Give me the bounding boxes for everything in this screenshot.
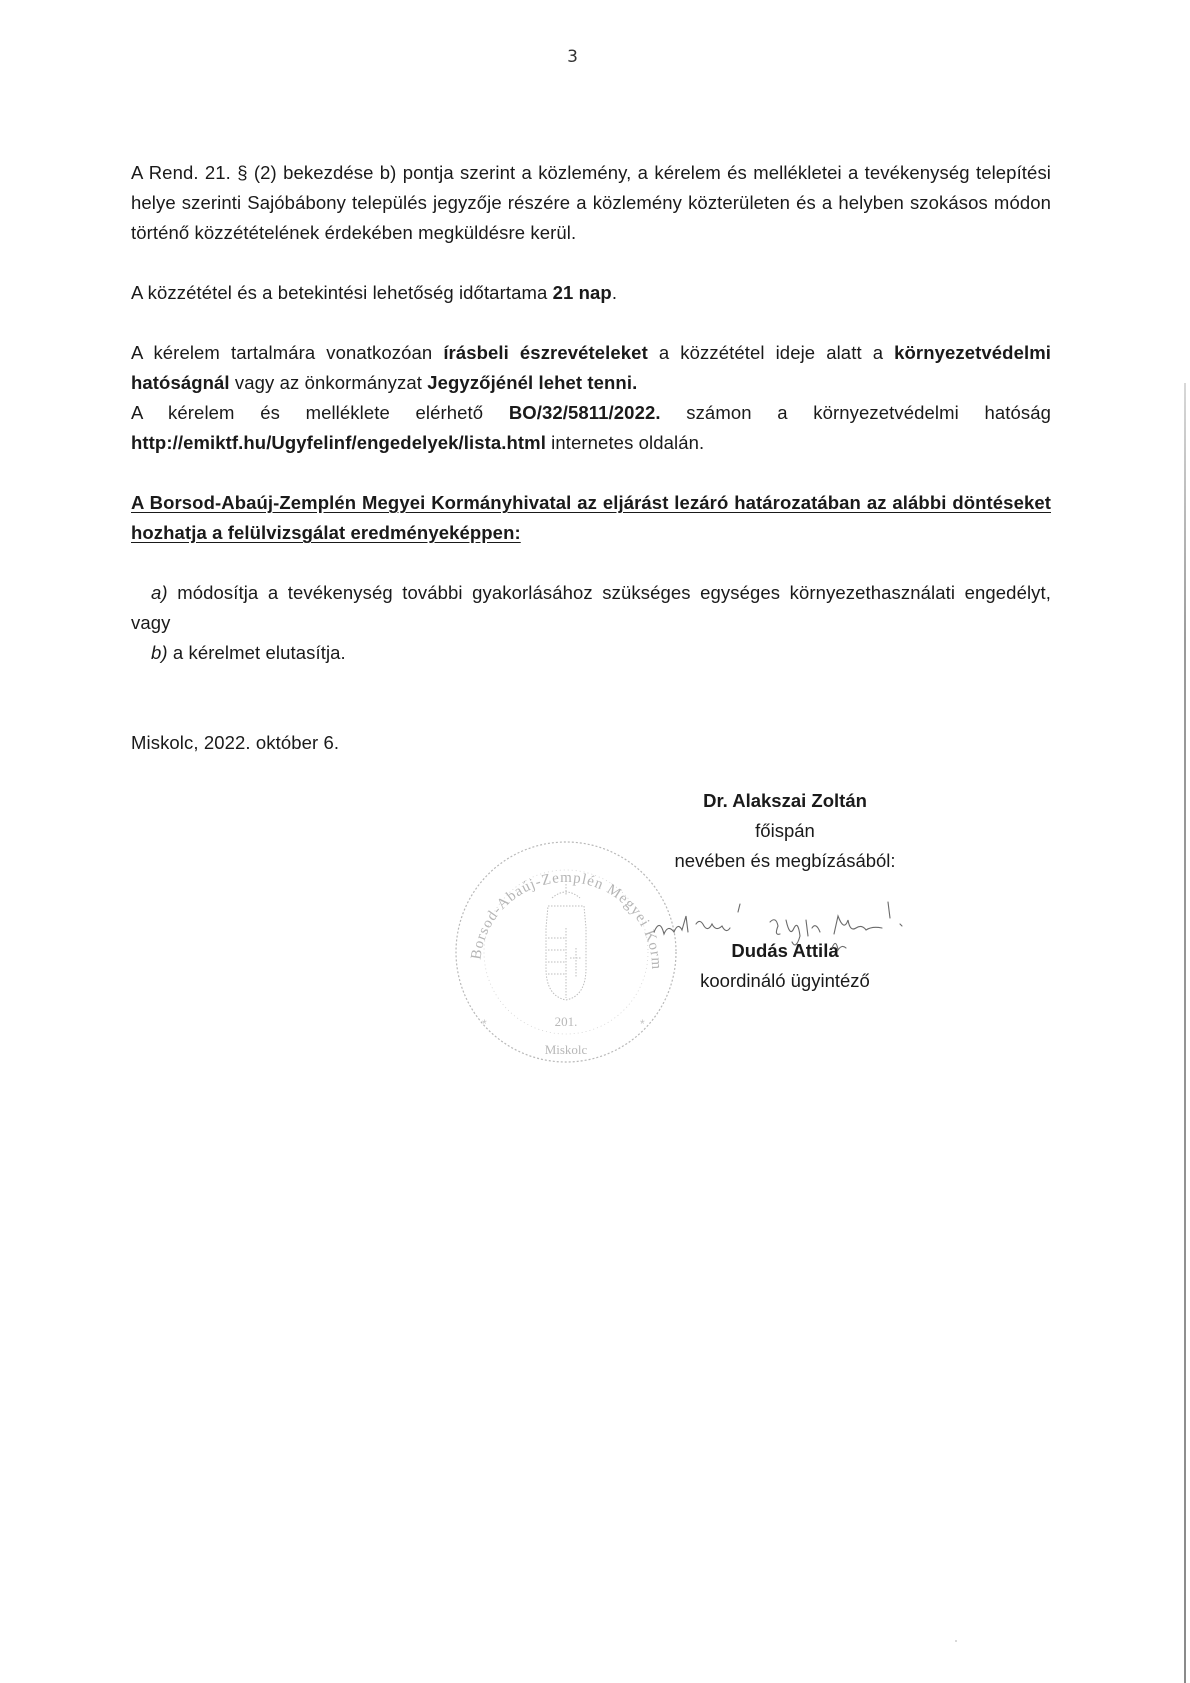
handwritten-signature-icon [652, 898, 932, 958]
paragraph-publication: A Rend. 21. § (2) bekezdése b) pontja sz… [131, 158, 1051, 248]
signer-title: koordináló ügyintéző [640, 966, 930, 996]
option-a-text: módosítja a tevékenység további gyakorlá… [131, 582, 1051, 633]
paragraph-duration: A közzététel és a betekintési lehetőség … [131, 278, 1051, 308]
place-date-text: Miskolc, 2022. október 6. [131, 728, 1051, 758]
comments-bold-1: írásbeli észrevételeket [443, 342, 648, 363]
duration-value: 21 nap [553, 282, 612, 303]
signatory-name: Dr. Alakszai Zoltán [640, 786, 930, 816]
option-b-label: b) [151, 642, 168, 663]
option-b-text: a kérelmet elutasítja. [168, 642, 346, 663]
case-number: BO/32/5811/2022. [509, 402, 661, 423]
stamp-year: 201. [555, 1014, 578, 1029]
decision-options: a) módosítja a tevékenység további gyako… [131, 578, 1051, 668]
place-date: Miskolc, 2022. október 6. [131, 728, 1051, 758]
availability-text-3: internetes oldalán. [546, 432, 704, 453]
stamp-star-right-icon: * [640, 1017, 645, 1031]
stamp-arc-text: Borsod-Abaúj-Zemplén Megyei Kormányhivat… [452, 838, 664, 970]
paragraph-availability: A kérelem és melléklete elérhető BO/32/5… [131, 398, 1051, 458]
page-number: 3 [0, 47, 1145, 67]
comments-text-3: vagy az önkormányzat [230, 372, 428, 393]
comments-bold-3: Jegyzőjénél lehet tenni. [427, 372, 637, 393]
option-b: b) a kérelmet elutasítja. [131, 638, 1051, 668]
option-a: a) módosítja a tevékenység további gyako… [131, 578, 1051, 638]
comments-text-1: A kérelem tartalmára vonatkozóan [131, 342, 443, 363]
stamp-city: Miskolc [545, 1042, 588, 1057]
duration-end: . [612, 282, 617, 303]
on-behalf-text: nevében és megbízásából: [640, 846, 930, 876]
comments-text-2: a közzététel ideje alatt a [648, 342, 894, 363]
scan-speck [955, 1640, 957, 1642]
decisions-heading: A Borsod-Abaúj-Zemplén Megyei Kormányhiv… [131, 488, 1051, 548]
stamp-star-left-icon: * [482, 1017, 487, 1031]
duration-text: A közzététel és a betekintési lehetőség … [131, 282, 553, 303]
option-a-label: a) [151, 582, 168, 603]
paragraph-comments: A kérelem tartalmára vonatkozóan írásbel… [131, 338, 1051, 398]
signatory-title: főispán [640, 816, 930, 846]
signature-block: Dr. Alakszai Zoltán főispán nevében és m… [640, 786, 930, 996]
website-link[interactable]: http://emiktf.hu/Ugyfelinf/engedelyek/li… [131, 432, 546, 453]
availability-text-2: számon a környezetvédelmi hatóság [661, 402, 1051, 423]
availability-text-1: A kérelem és melléklete elérhető [131, 402, 509, 423]
paragraph-decisions-heading: A Borsod-Abaúj-Zemplén Megyei Kormányhiv… [131, 488, 1051, 548]
paragraph-text: A Rend. 21. § (2) bekezdése b) pontja sz… [131, 158, 1051, 248]
svg-text:Borsod-Abaúj-Zemplén Megyei Ko: Borsod-Abaúj-Zemplén Megyei Kormányhivat… [452, 838, 664, 970]
coat-of-arms-icon [546, 884, 586, 1000]
scan-edge-line [1184, 383, 1186, 1683]
